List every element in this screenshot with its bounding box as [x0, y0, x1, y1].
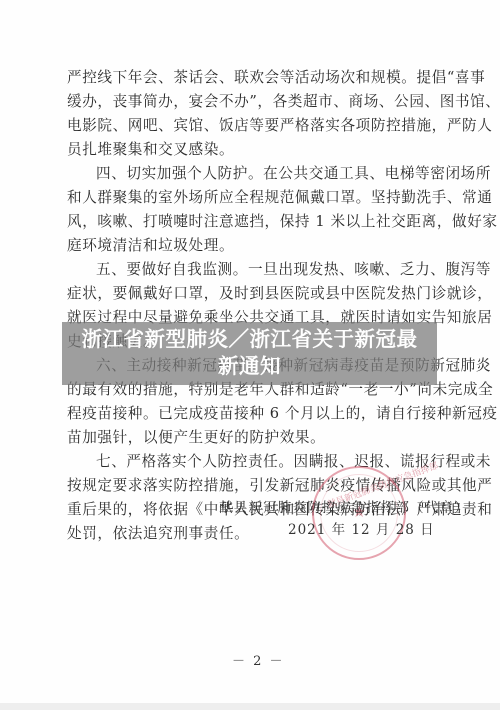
- text-line: 五、要做好自我监测。一旦出现发热、咳嗽、乏力、腹泻等: [67, 258, 448, 282]
- text-line: 和人群聚集的室外场所应全程规范佩戴口罩。坚持勤洗手、常通: [67, 186, 448, 210]
- text-line: 程疫苗接种。已完成疫苗接种 6 个月以上的，请自行接种新冠疫: [67, 402, 448, 426]
- title-overlay-banner: 浙江省新型肺炎／浙江省关于新冠最 新通知: [62, 322, 437, 385]
- text-line: 员扎堆聚集和交叉感染。: [67, 138, 448, 162]
- text-line: 严控线下年会、茶话会、联欢会等活动场次和规模。提倡“喜事: [67, 66, 448, 90]
- text-line: 苗加强针，以便产生更好的防护效果。: [67, 426, 448, 450]
- text-line: 风，咳嗽、打喷嚏时注意遮挡，保持 1 米以上社交距离，做好家: [67, 210, 448, 234]
- text-line: 七、严格落实个人防控责任。因瞒报、迟报、谎报行程或未: [67, 450, 448, 474]
- page-number: － 2 －: [232, 650, 285, 669]
- text-line: 电影院、网吧、宾馆、饭店等要严格落实各项防控措施，严防人: [67, 114, 448, 138]
- overlay-title-line-1: 浙江省新型肺炎／浙江省关于新冠最: [62, 326, 437, 353]
- text-line: 症状，要佩戴好口罩，及时到县医院或县中医院发热门诊就诊，: [67, 282, 448, 306]
- text-line: 缓办，丧事简办，宴会不办”，各类超市、商场、公园、图书馆、: [67, 90, 448, 114]
- overlay-title: 浙江省新型肺炎／浙江省关于新冠最 新通知: [62, 322, 437, 380]
- overlay-title-line-2: 新通知: [62, 353, 437, 380]
- text-line: 庭环境清洁和垃圾处理。: [67, 234, 448, 258]
- text-line: 四、切实加强个人防护。在公共交通工具、电梯等密闭场所: [67, 162, 448, 186]
- signature: 献县新冠肺炎防控应急指挥部（代章）: [219, 496, 469, 516]
- document-date: 2021 年 12 月 28 日: [288, 518, 435, 538]
- footer-strip: [0, 703, 500, 710]
